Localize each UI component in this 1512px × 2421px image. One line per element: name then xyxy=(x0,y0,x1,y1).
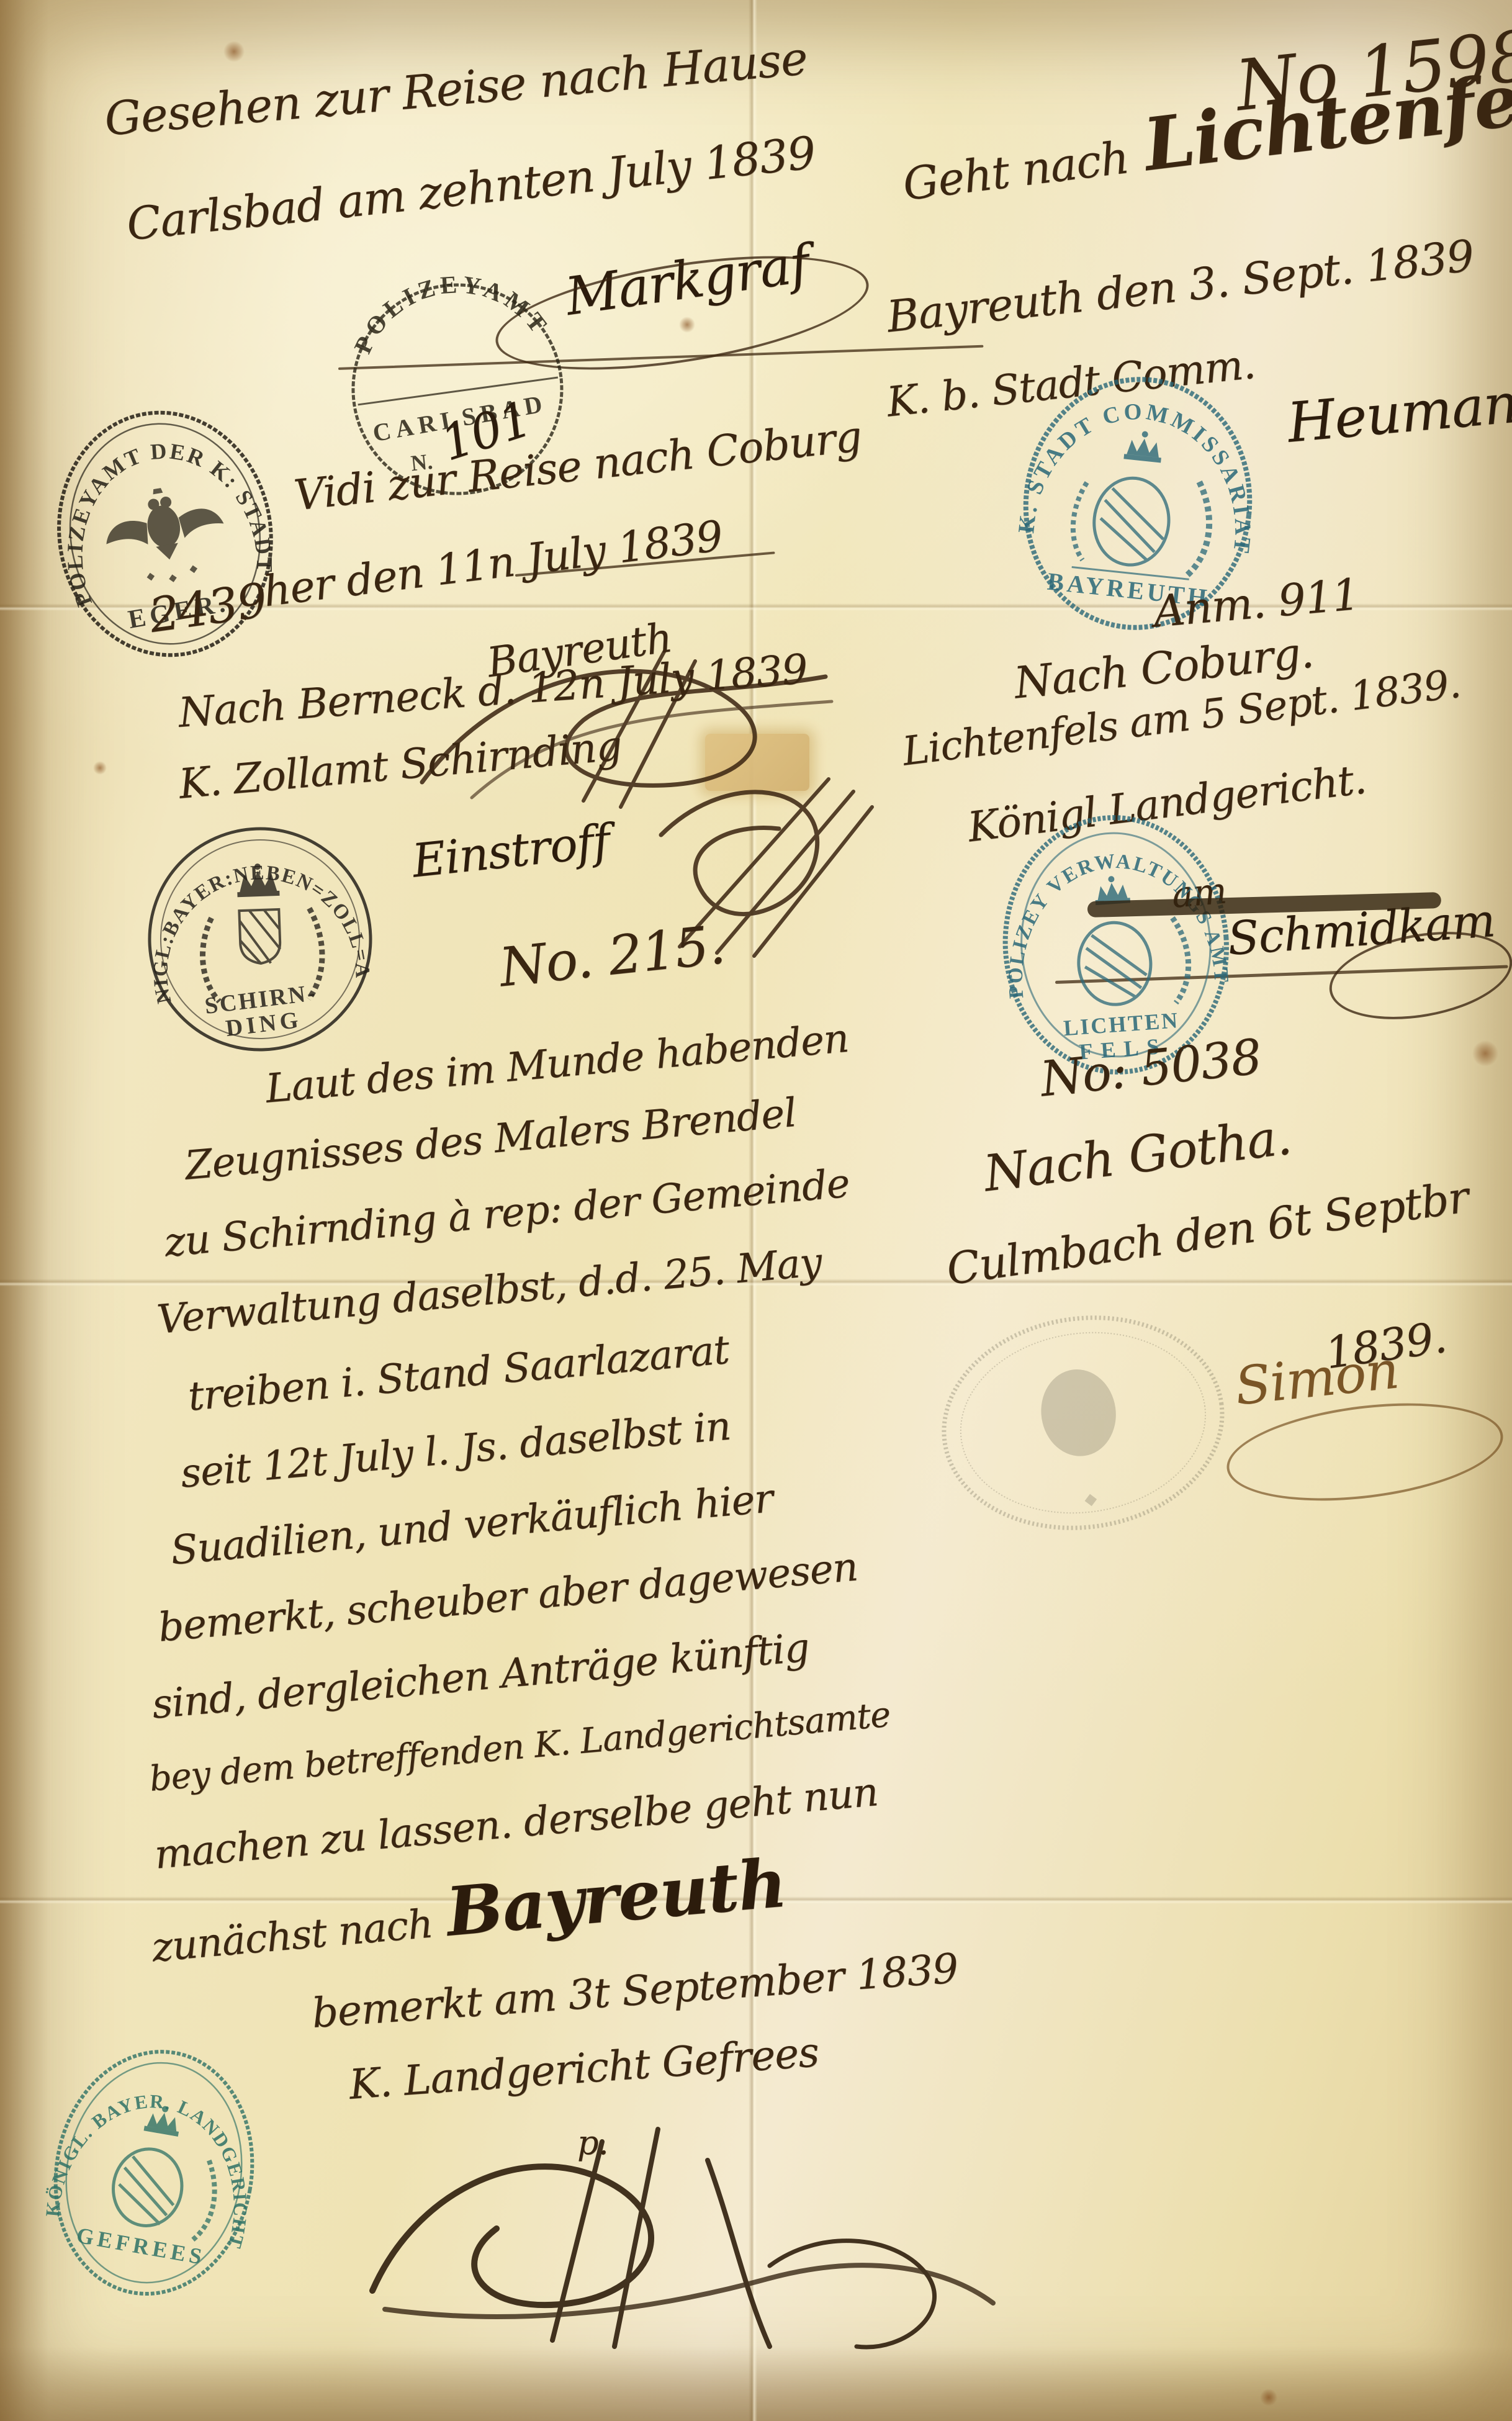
body-line-last: zunächst nach xyxy=(150,1901,434,1971)
fox-spot xyxy=(1260,2389,1277,2406)
svg-text:K. STADT COMMISSARIAT: K. STADT COMMISSARIAT xyxy=(1014,387,1269,557)
body-line: treiben i. Stand Saarlazarat xyxy=(186,1327,731,1420)
stamp-landgericht-gefrees: KÖNIGL. BAYER. LANDGERICHT GEFREES xyxy=(22,2025,285,2320)
fox-spot xyxy=(1472,1040,1498,1066)
carlsbad-visa-line1: Gesehen zur Reise nach Hause xyxy=(102,32,809,147)
crown-emblem xyxy=(1123,430,1164,463)
stamp-arc-text: POLIZEYAMT xyxy=(341,264,556,360)
lichtenfels-direction-line2: Bayreuth den 3. Sept. 1839 xyxy=(884,230,1476,343)
svg-text:POLIZEY VERWALTUNGS AMT: POLIZEY VERWALTUNGS AMT xyxy=(996,842,1233,999)
paper-left-edge-shadow xyxy=(0,0,48,2421)
body-line: seit 12t July l. Js. daselbst in xyxy=(179,1404,732,1497)
carlsbad-visa-line2: Carlsbad am zehnten July 1839 xyxy=(124,126,817,250)
eagle-emblem xyxy=(99,478,233,592)
stamp-city-text: GEFREES xyxy=(74,2222,207,2270)
heuman-signature: Heuman xyxy=(1285,371,1512,455)
stamp-zollamt-schirnding: KÖNIGL:BAYER:NEBEN=ZOLL=AMT I SCHIRN- DI… xyxy=(133,813,387,1066)
fox-spot xyxy=(223,41,245,62)
stamp-arc-text: K. STADT COMMISSARIAT xyxy=(1014,387,1269,557)
closing-line1: bemerkt am 3t September 1839 xyxy=(310,1944,960,2037)
coat-of-arms xyxy=(1076,917,1191,1009)
faint-emblem xyxy=(1035,1364,1128,1511)
coat-of-arms xyxy=(1069,469,1213,577)
svg-text:POLIZEYAMT: POLIZEYAMT xyxy=(341,264,556,360)
final-signature-flourish xyxy=(335,2104,1030,2365)
lichtenfels-direction-line1: Geht nach Lichtenfels xyxy=(897,50,1512,217)
einstroff-signature: Einstroff xyxy=(410,814,612,888)
stamp-arc-text: POLIZEY VERWALTUNGS AMT xyxy=(996,842,1233,999)
fox-spot xyxy=(93,761,107,775)
entry-number-215: No. 215. xyxy=(497,914,727,999)
document-page: No 1598 Gesehen zur Reise nach Hause Car… xyxy=(0,0,1512,2421)
direction-prefix: Geht nach xyxy=(900,131,1132,210)
gotha-visa-line2: Nach Gotha. xyxy=(981,1107,1294,1202)
coburg-visa-line2: her den 11n July 1839 xyxy=(261,512,725,616)
coat-of-arms xyxy=(106,2144,221,2242)
body-destination: Bayreuth xyxy=(443,1844,789,1952)
stamp-faint-illegible xyxy=(920,1290,1246,1556)
